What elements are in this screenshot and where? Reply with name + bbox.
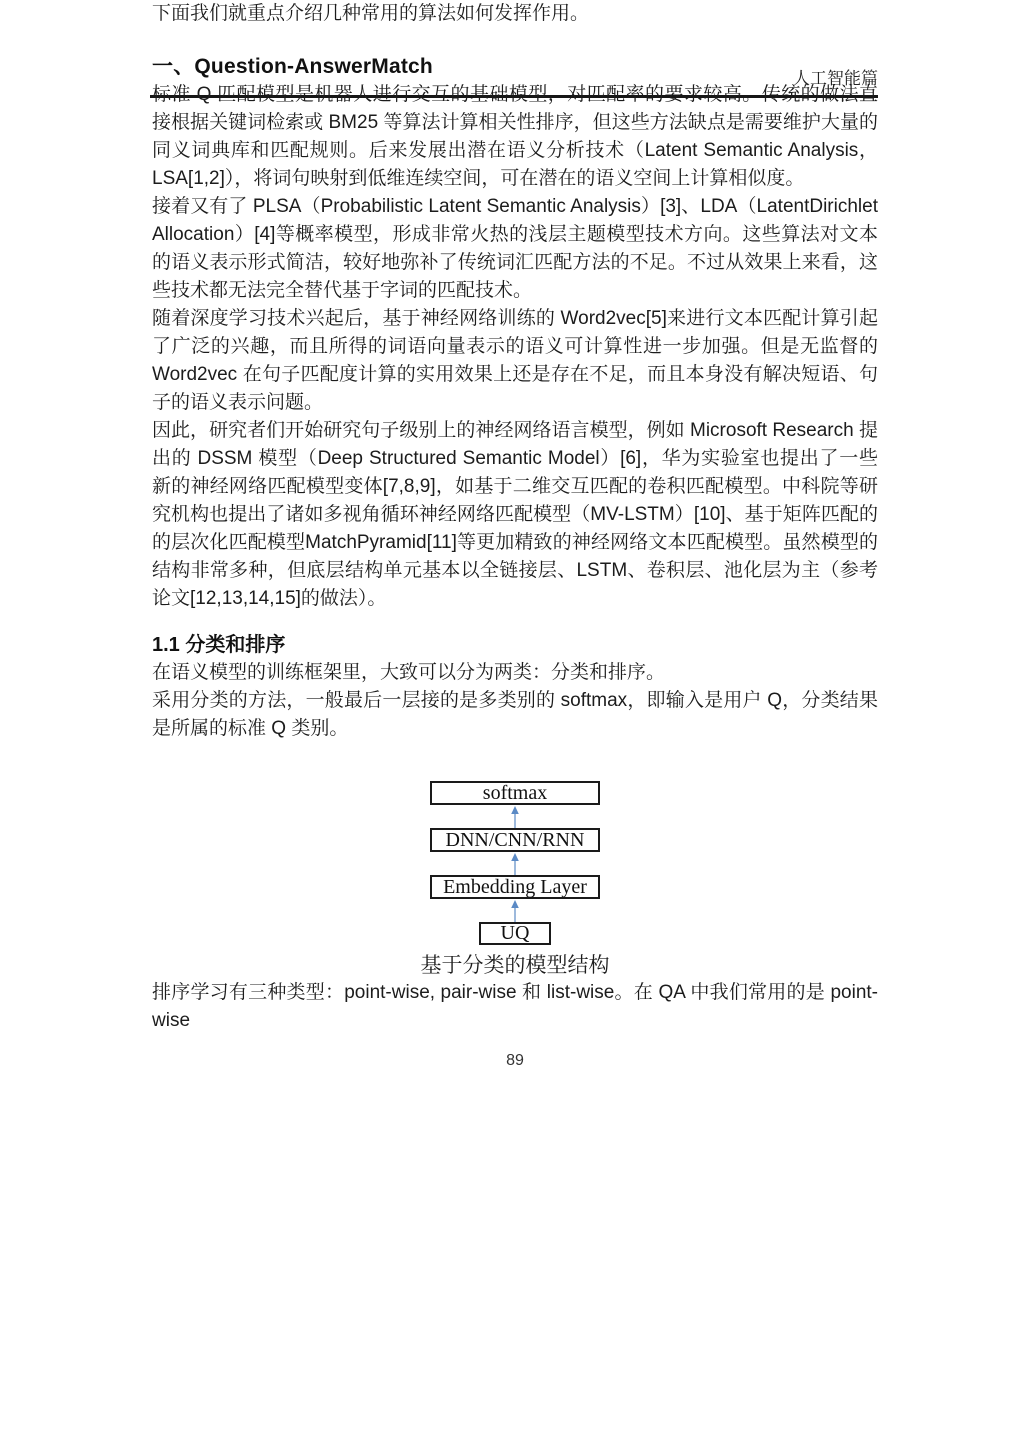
diagram-box-uq: UQ	[479, 922, 551, 945]
intro-paragraph: 下面我们就重点介绍几种常用的算法如何发挥作用。	[152, 0, 878, 28]
page-number: 89	[152, 1051, 878, 1071]
paragraph-plsa-lda: 接着又有了 PLSA（Probabilistic Latent Semantic…	[152, 193, 878, 305]
paragraph-neural-models: 因此，研究者们开始研究句子级别上的神经网络语言模型，例如 Microsoft R…	[152, 417, 878, 613]
diagram-box-softmax: softmax	[430, 781, 600, 805]
up-arrow-icon	[509, 852, 521, 875]
paragraph-two-classes: 在语义模型的训练框架里，大致可以分为两类：分类和排序。	[152, 659, 878, 687]
figure-caption: 基于分类的模型结构	[152, 953, 878, 979]
document-body: 下面我们就重点介绍几种常用的算法如何发挥作用。 一、Question-Answe…	[152, 0, 878, 1071]
diagram-box-dnn-cnn-rnn: DNN/CNN/RNN	[430, 828, 600, 852]
subsection-heading-classification-ranking: 1.1 分类和排序	[152, 631, 878, 659]
classification-model-diagram: softmax DNN/CNN/RNN Embedding Layer UQ	[152, 781, 878, 945]
paragraph-classification-method: 采用分类的方法，一般最后一层接的是多类别的 softmax，即输入是用户 Q，分…	[152, 687, 878, 743]
up-arrow-icon	[509, 899, 521, 922]
up-arrow-icon	[509, 805, 521, 828]
paragraph-ranking-types: 排序学习有三种类型：point-wise, pair-wise 和 list-w…	[152, 979, 878, 1035]
paragraph-standard-q-model: 标准 Q 匹配模型是机器人进行交互的基础模型，对匹配率的要求较高。传统的做法直接…	[152, 81, 878, 193]
diagram-box-embedding-layer: Embedding Layer	[430, 875, 600, 899]
document-page: 人工智能篇 下面我们就重点介绍几种常用的算法如何发挥作用。 一、Question…	[0, 0, 1019, 1440]
paragraph-word2vec: 随着深度学习技术兴起后，基于神经网络训练的 Word2vec[5]来进行文本匹配…	[152, 305, 878, 417]
section-heading-question-answer-match: 一、Question-AnswerMatch	[152, 53, 878, 81]
